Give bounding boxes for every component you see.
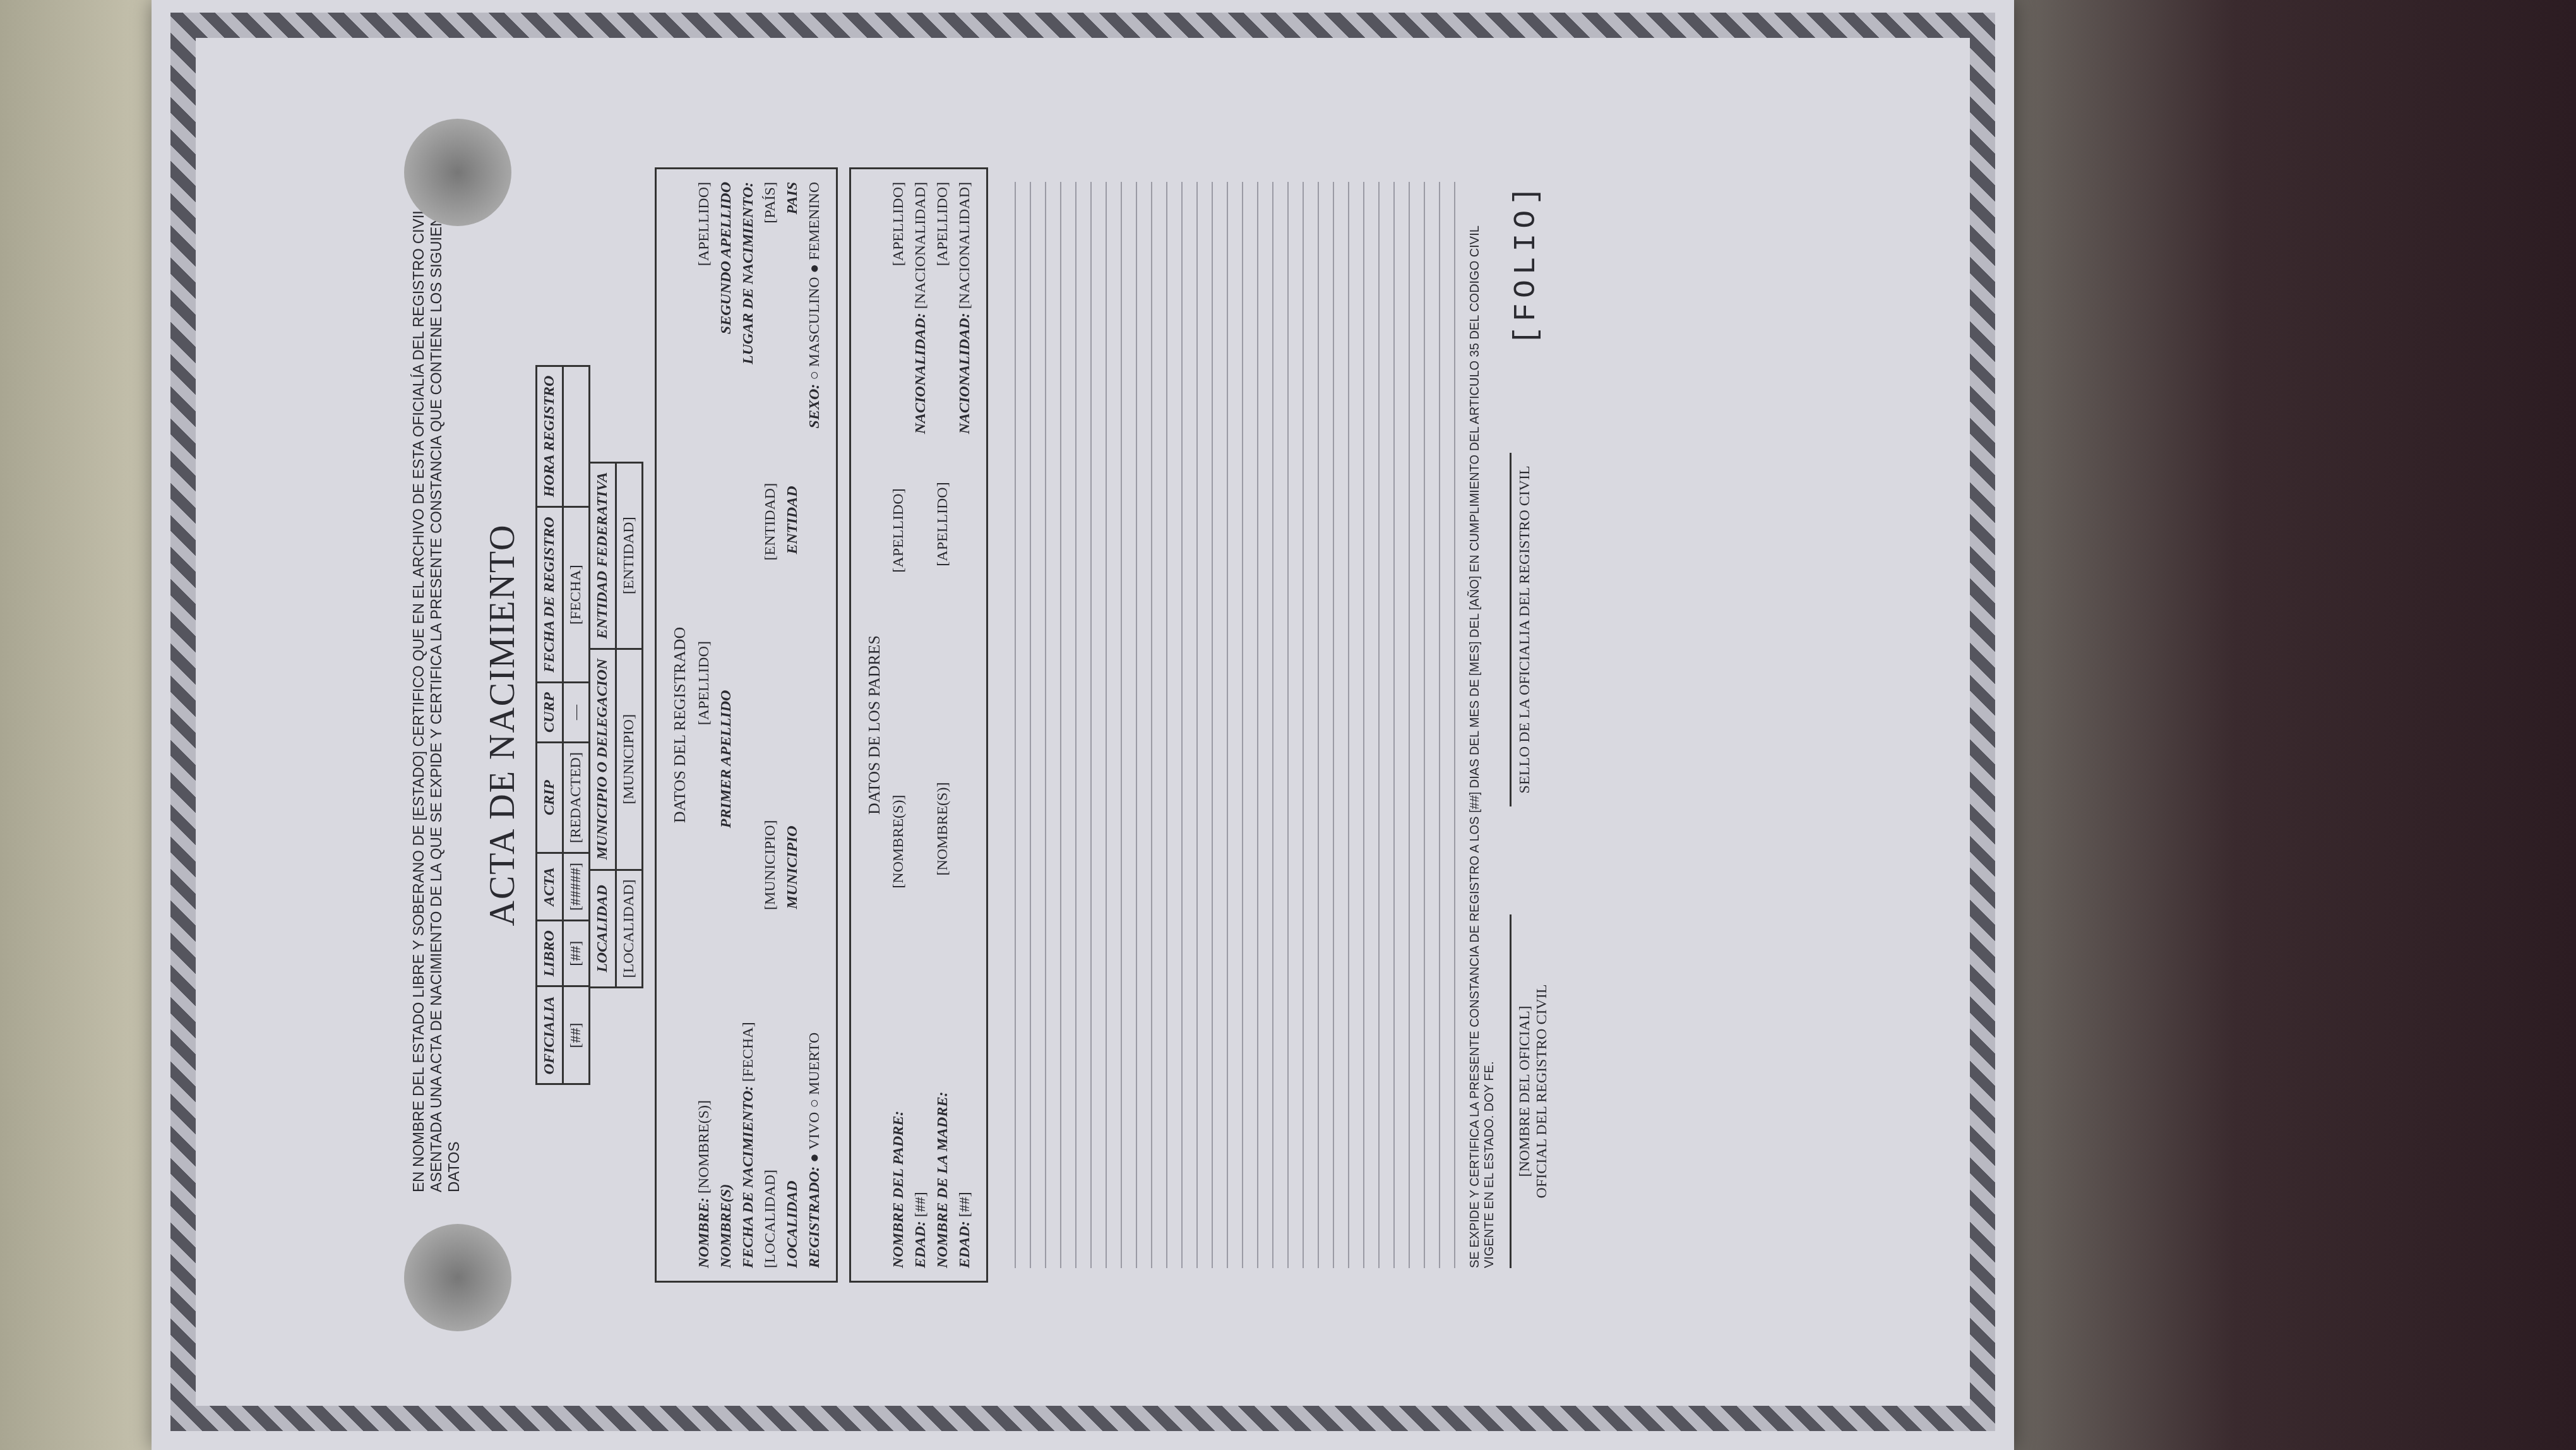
field-label: EDAD: (957, 1221, 973, 1268)
val-row-cell: — (563, 683, 590, 743)
radio-filled-icon: ● (806, 264, 823, 273)
field-label: SEGUNDO APELLIDO (718, 182, 735, 334)
registrado-primer-apellido: [APELLIDO] (696, 641, 713, 725)
registrado-nombre: [NOMBRE(S)] (696, 1100, 712, 1194)
folio-number: [FOLIO] (1510, 182, 1551, 345)
field-label: NOMBRE(S) (718, 1184, 735, 1268)
madre-edad: [##] (957, 1192, 973, 1217)
background-fabric (2008, 0, 2576, 1450)
background-surface (0, 0, 164, 1450)
signature-name: [NOMBRE DEL OFICIAL] (1517, 914, 1534, 1268)
intro-text: EN NOMBRE DEL ESTADO LIBRE Y SOBERANO DE… (410, 144, 463, 1192)
signature-block: [NOMBRE DEL OFICIAL] OFICIAL DEL REGISTR… (1510, 914, 1551, 1268)
hdr-row-cell: FECHA DE REGISTRO (537, 507, 563, 683)
national-emblem-icon (404, 1224, 511, 1331)
document-title: ACTA DE NACIMIENTO (482, 93, 523, 1357)
hdr-row-cell: ACTA (537, 853, 563, 921)
registrado-segundo-apellido: [APELLIDO] (696, 182, 713, 266)
state-emblem-icon (404, 119, 511, 226)
loc-val-cell: [MUNICIPIO] (616, 649, 643, 870)
lugar-localidad: [LOCALIDAD] (762, 1170, 779, 1268)
field-label: FECHA DE NACIMIENTO: (740, 1086, 756, 1268)
section-title: DATOS DE LOS PADRES (865, 182, 884, 1268)
padre-edad: [##] (912, 1192, 929, 1217)
field-label: PRIMER APELLIDO (718, 690, 735, 828)
val-row-cell: [REDACTED] (563, 743, 590, 853)
madre-nombre: [NOMBRE(S)] (934, 782, 951, 876)
seal-label: SELLO DE LA OFICIALIA DEL REGISTRO CIVIL (1517, 453, 1534, 806)
document-content: EN NOMBRE DEL ESTADO LIBRE Y SOBERANO DE… (385, 93, 2001, 1357)
option-femenino: FEMENINO (806, 182, 823, 260)
field-label: REGISTRADO: (806, 1166, 823, 1268)
padre-nombre: [NOMBRE(S)] (890, 795, 907, 889)
field-label: LOCALIDAD (784, 1180, 801, 1268)
padre-segundo-apellido: [APELLIDO] (890, 182, 907, 266)
val-row-cell: [##] (563, 986, 590, 1084)
lugar-pais: [PAÍS] (762, 182, 779, 224)
madre-primer-apellido: [APELLIDO] (934, 482, 951, 566)
field-label: ENTIDAD (784, 486, 801, 554)
field-label: SEXO: (806, 384, 823, 429)
hdr-row-cell: OFICIALIA (537, 986, 563, 1084)
loc-hdr-cell: ENTIDAD FEDERATIVA (590, 462, 616, 649)
hdr-row-cell: HORA REGISTRO (537, 366, 563, 507)
birth-certificate-sheet: EN NOMBRE DEL ESTADO LIBRE Y SOBERANO DE… (152, 0, 2014, 1450)
padre-primer-apellido: [APELLIDO] (890, 488, 907, 572)
radio-filled-icon: ● (806, 1153, 823, 1163)
field-label: NOMBRE DEL PADRE: (890, 1111, 907, 1268)
certification-text: SE EXPIDE Y CERTIFICA LA PRESENTE CONSTA… (1468, 182, 1497, 1268)
seal-block: SELLO DE LA OFICIALIA DEL REGISTRO CIVIL (1510, 453, 1551, 806)
loc-hdr-cell: MUNICIPIO O DELEGACION (590, 649, 616, 870)
radio-empty-icon: ○ (806, 371, 823, 380)
registry-table: OFICIALIALIBROACTACRIPCURPFECHA DE REGIS… (535, 365, 590, 1086)
val-row-cell: [##] (563, 921, 590, 986)
loc-val-cell: [ENTIDAD] (616, 462, 643, 649)
hdr-row-cell: CRIP (537, 743, 563, 853)
section-title: DATOS DEL REGISTRADO (671, 182, 689, 1268)
annotation-lines (1001, 182, 1455, 1268)
padres-section: DATOS DE LOS PADRES NOMBRE DEL PADRE: [N… (849, 167, 988, 1283)
field-label: NOMBRE: (696, 1197, 712, 1268)
option-vivo: VIVO (806, 1112, 823, 1150)
signature-title: OFICIAL DEL REGISTRO CIVIL (1534, 914, 1551, 1268)
hdr-row-cell: LIBRO (537, 921, 563, 986)
field-label: NACIONALIDAD: (912, 313, 929, 434)
fecha-nacimiento: [FECHA] (740, 1022, 756, 1082)
field-label: LUGAR DE NACIMIENTO: (740, 182, 757, 364)
field-label: PAIS (784, 182, 801, 215)
lugar-municipio: [MUNICIPIO] (762, 820, 779, 910)
val-row-cell: [#####] (563, 853, 590, 921)
madre-segundo-apellido: [APELLIDO] (934, 182, 951, 266)
field-label: NOMBRE DE LA MADRE: (934, 1092, 951, 1268)
option-masculino: MASCULINO (806, 277, 823, 368)
radio-empty-icon: ○ (806, 1099, 823, 1108)
registrado-section: DATOS DEL REGISTRADO NOMBRE: [NOMBRE(S)]… (655, 167, 838, 1283)
val-row-cell (563, 366, 590, 507)
field-label: NACIONALIDAD: (957, 313, 973, 434)
val-row-cell: [FECHA] (563, 507, 590, 683)
field-label: EDAD: (912, 1221, 929, 1268)
location-table: LOCALIDADMUNICIPIO O DELEGACIONENTIDAD F… (588, 462, 643, 989)
field-label: MUNICIPIO (784, 825, 801, 909)
padre-nacionalidad: [NACIONALIDAD] (912, 182, 929, 309)
lugar-entidad: [ENTIDAD] (762, 483, 779, 561)
madre-nacionalidad: [NACIONALIDAD] (957, 182, 973, 309)
loc-hdr-cell: LOCALIDAD (590, 870, 616, 988)
option-muerto: MUERTO (806, 1033, 823, 1095)
hdr-row-cell: CURP (537, 683, 563, 743)
loc-val-cell: [LOCALIDAD] (616, 870, 643, 988)
